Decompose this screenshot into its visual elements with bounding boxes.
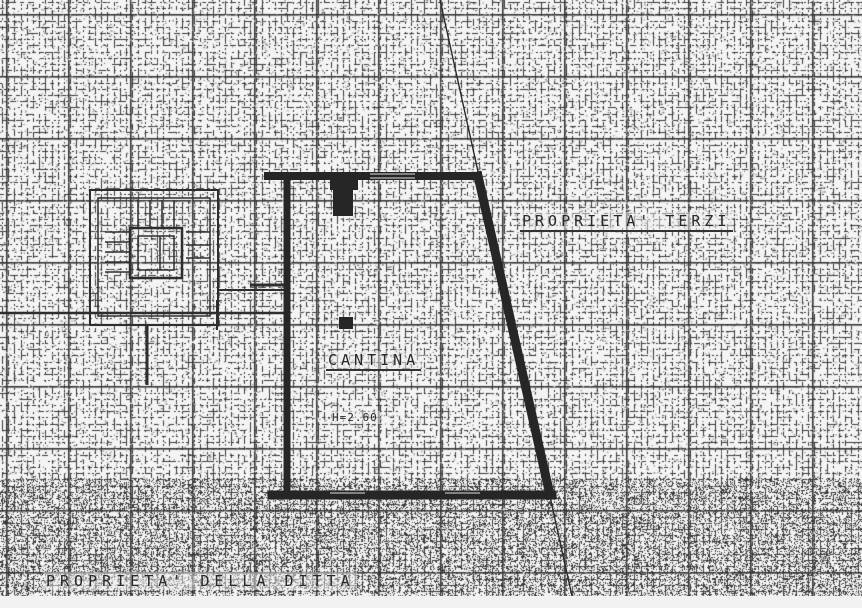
- cantina-walls: [268, 176, 552, 495]
- adjacent-property-label: PROPRIETA' TERZI: [520, 212, 733, 232]
- stairwell: [0, 190, 285, 385]
- room-height-label: H=2.60: [330, 411, 380, 424]
- owner-property-label: PROPRIETA' DELLA DITTA: [44, 572, 357, 590]
- floor-plan-drawing: PROPRIETA' TERZI CANTINA H=2.60 PROPRIET…: [0, 0, 862, 608]
- room-name-label: CANTINA: [326, 351, 421, 371]
- wall-openings: [330, 174, 480, 493]
- floor-plan-vector: [0, 0, 862, 608]
- page-bottom-margin: [0, 596, 862, 608]
- floor-drain-marker: [339, 317, 353, 329]
- pillar-cap: [330, 176, 358, 190]
